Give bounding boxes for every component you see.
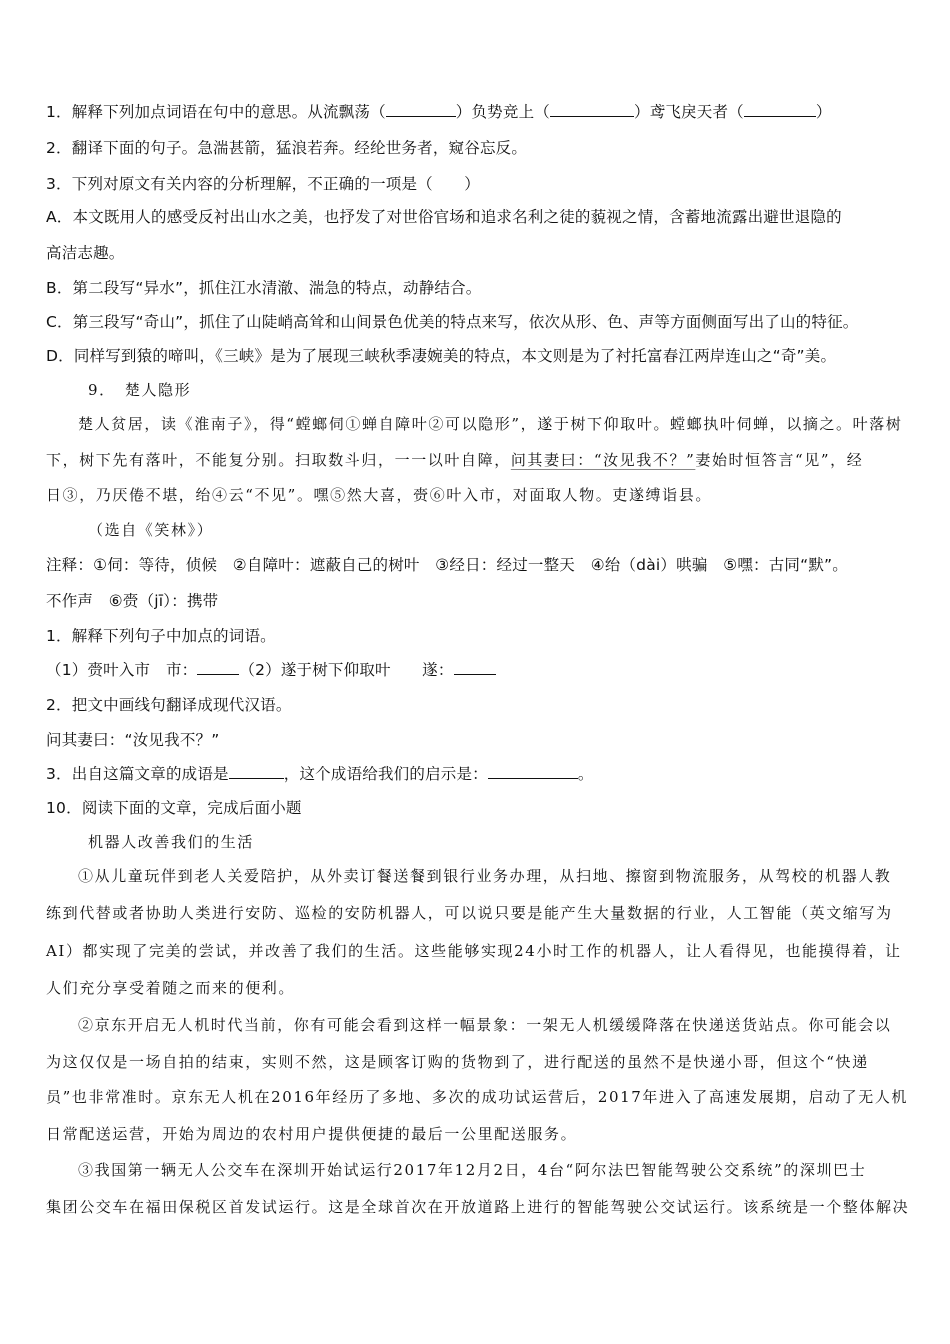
article-paragraph-1: 练到代替或者协助人类进行安防、巡检的安防机器人，可以说只要是能产生大量数据的行业… bbox=[46, 903, 893, 923]
question-9-3: 3．出自这篇文章的成语是，这个成语给我们的启示是：。 bbox=[46, 764, 594, 784]
passage-text: 妻始时恒答言“见”，经 bbox=[695, 451, 863, 469]
question-text: ）负势竞上（ bbox=[456, 103, 550, 121]
option-d: D．同样写到猿的啼叫，《三峡》是为了展现三峡秋季凄婉美的特点，本文则是为了衬托富… bbox=[46, 346, 836, 366]
answer-blank[interactable] bbox=[744, 102, 816, 117]
question-9-2-sentence: 问其妻曰：“汝见我不？” bbox=[46, 730, 219, 750]
question-9-1-subitems: （1）赍叶入市 市：（2）遂于树下仰取叶 遂： bbox=[46, 660, 496, 680]
section-9-title: 9． 楚人隐形 bbox=[88, 380, 191, 400]
question-8-1: 1．解释下列加点词语在句中的意思。从流飘荡（）负势竞上（）鸢飞戾天者（） bbox=[46, 102, 832, 122]
passage-source: （选自《笑林》） bbox=[88, 520, 213, 540]
question-text: 。 bbox=[578, 765, 594, 783]
article-paragraph-1: 人们充分享受着随之而来的便利。 bbox=[46, 978, 295, 998]
option-a: A．本文既用人的感受反衬出山水之美，也抒发了对世俗官场和追求名利之徒的藐视之情，… bbox=[46, 207, 842, 227]
question-9-2: 2．把文中画线句翻译成现代汉语。 bbox=[46, 695, 292, 715]
answer-blank[interactable] bbox=[550, 102, 634, 117]
article-paragraph-3: ③我国第一辆无人公交车在深圳开始试运行2017年12月2日，4台“阿尔法巴智能驾… bbox=[78, 1160, 866, 1180]
article-paragraph-1: ①从儿童玩伴到老人关爱陪护，从外卖订餐送餐到银行业务办理，从扫地、擦窗到物流服务… bbox=[78, 866, 891, 886]
article-paragraph-1: AI）都实现了完美的尝试，并改善了我们的生活。这些能够实现24小时工作的机器人，… bbox=[46, 941, 902, 961]
option-a-continued: 高洁志趣。 bbox=[46, 243, 125, 263]
annotation-notes: 注释：①伺：等待，侦候 ②自障叶：遮蔽自己的树叶 ③经日：经过一整天 ④绐（dà… bbox=[46, 555, 848, 575]
answer-blank[interactable] bbox=[229, 764, 284, 779]
passage-text: 下，树下先有落叶，不能复分别。扫取数斗归，一一以叶自障， bbox=[46, 451, 511, 469]
question-text: 3．出自这篇文章的成语是 bbox=[46, 765, 229, 783]
annotation-notes-continued: 不作声 ⑥赍（jī）：携带 bbox=[46, 591, 218, 611]
question-10-intro: 10．阅读下面的文章，完成后面小题 bbox=[46, 798, 302, 818]
article-paragraph-2: ②京东开启无人机时代当前，你有可能会看到这样一幅景象：一架无人机缓缓降落在快递送… bbox=[78, 1015, 891, 1035]
article-paragraph-2: 日常配送运营，开始为周边的农村用户提供便捷的最后一公里配送服务。 bbox=[46, 1124, 577, 1144]
passage-line: 楚人贫居，读《淮南子》，得“螳螂伺①蝉自障叶②可以隐形”，遂于树下仰取叶。螳螂执… bbox=[78, 414, 902, 434]
question-8-3: 3．下列对原文有关内容的分析理解，不正确的一项是（ ） bbox=[46, 174, 480, 194]
question-text: ） bbox=[816, 103, 832, 121]
subitem-2: （2）遂于树下仰取叶 遂： bbox=[239, 661, 453, 679]
passage-line: 下，树下先有落叶，不能复分别。扫取数斗归，一一以叶自障，问其妻曰：“汝见我不？”… bbox=[46, 450, 863, 470]
answer-blank[interactable] bbox=[197, 660, 239, 675]
article-paragraph-2: 为这仅仅是一场自拍的结束，实则不然，这是顾客订购的货物到了，进行配送的虽然不是快… bbox=[46, 1052, 869, 1072]
option-b: B．第二段写“异水”，抓住江水清澈、湍急的特点，动静结合。 bbox=[46, 278, 482, 298]
article-paragraph-2: 员”也非常准时。京东无人机在2016年经历了多地、多次的成功试运营后，2017年… bbox=[46, 1087, 908, 1107]
question-8-2: 2．翻译下面的句子。急湍甚箭，猛浪若奔。经纶世务者，窥谷忘反。 bbox=[46, 138, 527, 158]
answer-blank[interactable] bbox=[488, 764, 578, 779]
question-9-1: 1．解释下列句子中加点的词语。 bbox=[46, 626, 276, 646]
article-paragraph-3: 集团公交车在福田保税区首发试运行。这是全球首次在开放道路上进行的智能驾驶公交试运… bbox=[46, 1197, 909, 1217]
answer-blank[interactable] bbox=[386, 102, 456, 117]
question-text: ）鸢飞戾天者（ bbox=[634, 103, 744, 121]
question-text: 1．解释下列加点词语在句中的意思。从流飘荡（ bbox=[46, 103, 386, 121]
article-title: 机器人改善我们的生活 bbox=[88, 832, 254, 852]
question-text: ，这个成语给我们的启示是： bbox=[284, 765, 488, 783]
option-c: C．第三段写“奇山”，抓住了山陡峭高耸和山间景色优美的特点来写，依次从形、色、声… bbox=[46, 312, 859, 332]
passage-line: 日③，乃厌倦不堪，绐④云“不见”。嘿⑤然大喜，赍⑥叶入市，对面取人物。吏遂缚诣县… bbox=[46, 485, 712, 505]
underlined-sentence: 问其妻曰：“汝见我不？” bbox=[511, 451, 696, 469]
subitem-1: （1）赍叶入市 市： bbox=[46, 661, 197, 679]
document-page: 1．解释下列加点词语在句中的意思。从流飘荡（）负势竞上（）鸢飞戾天者（） 2．翻… bbox=[0, 0, 950, 1344]
answer-blank[interactable] bbox=[454, 660, 496, 675]
